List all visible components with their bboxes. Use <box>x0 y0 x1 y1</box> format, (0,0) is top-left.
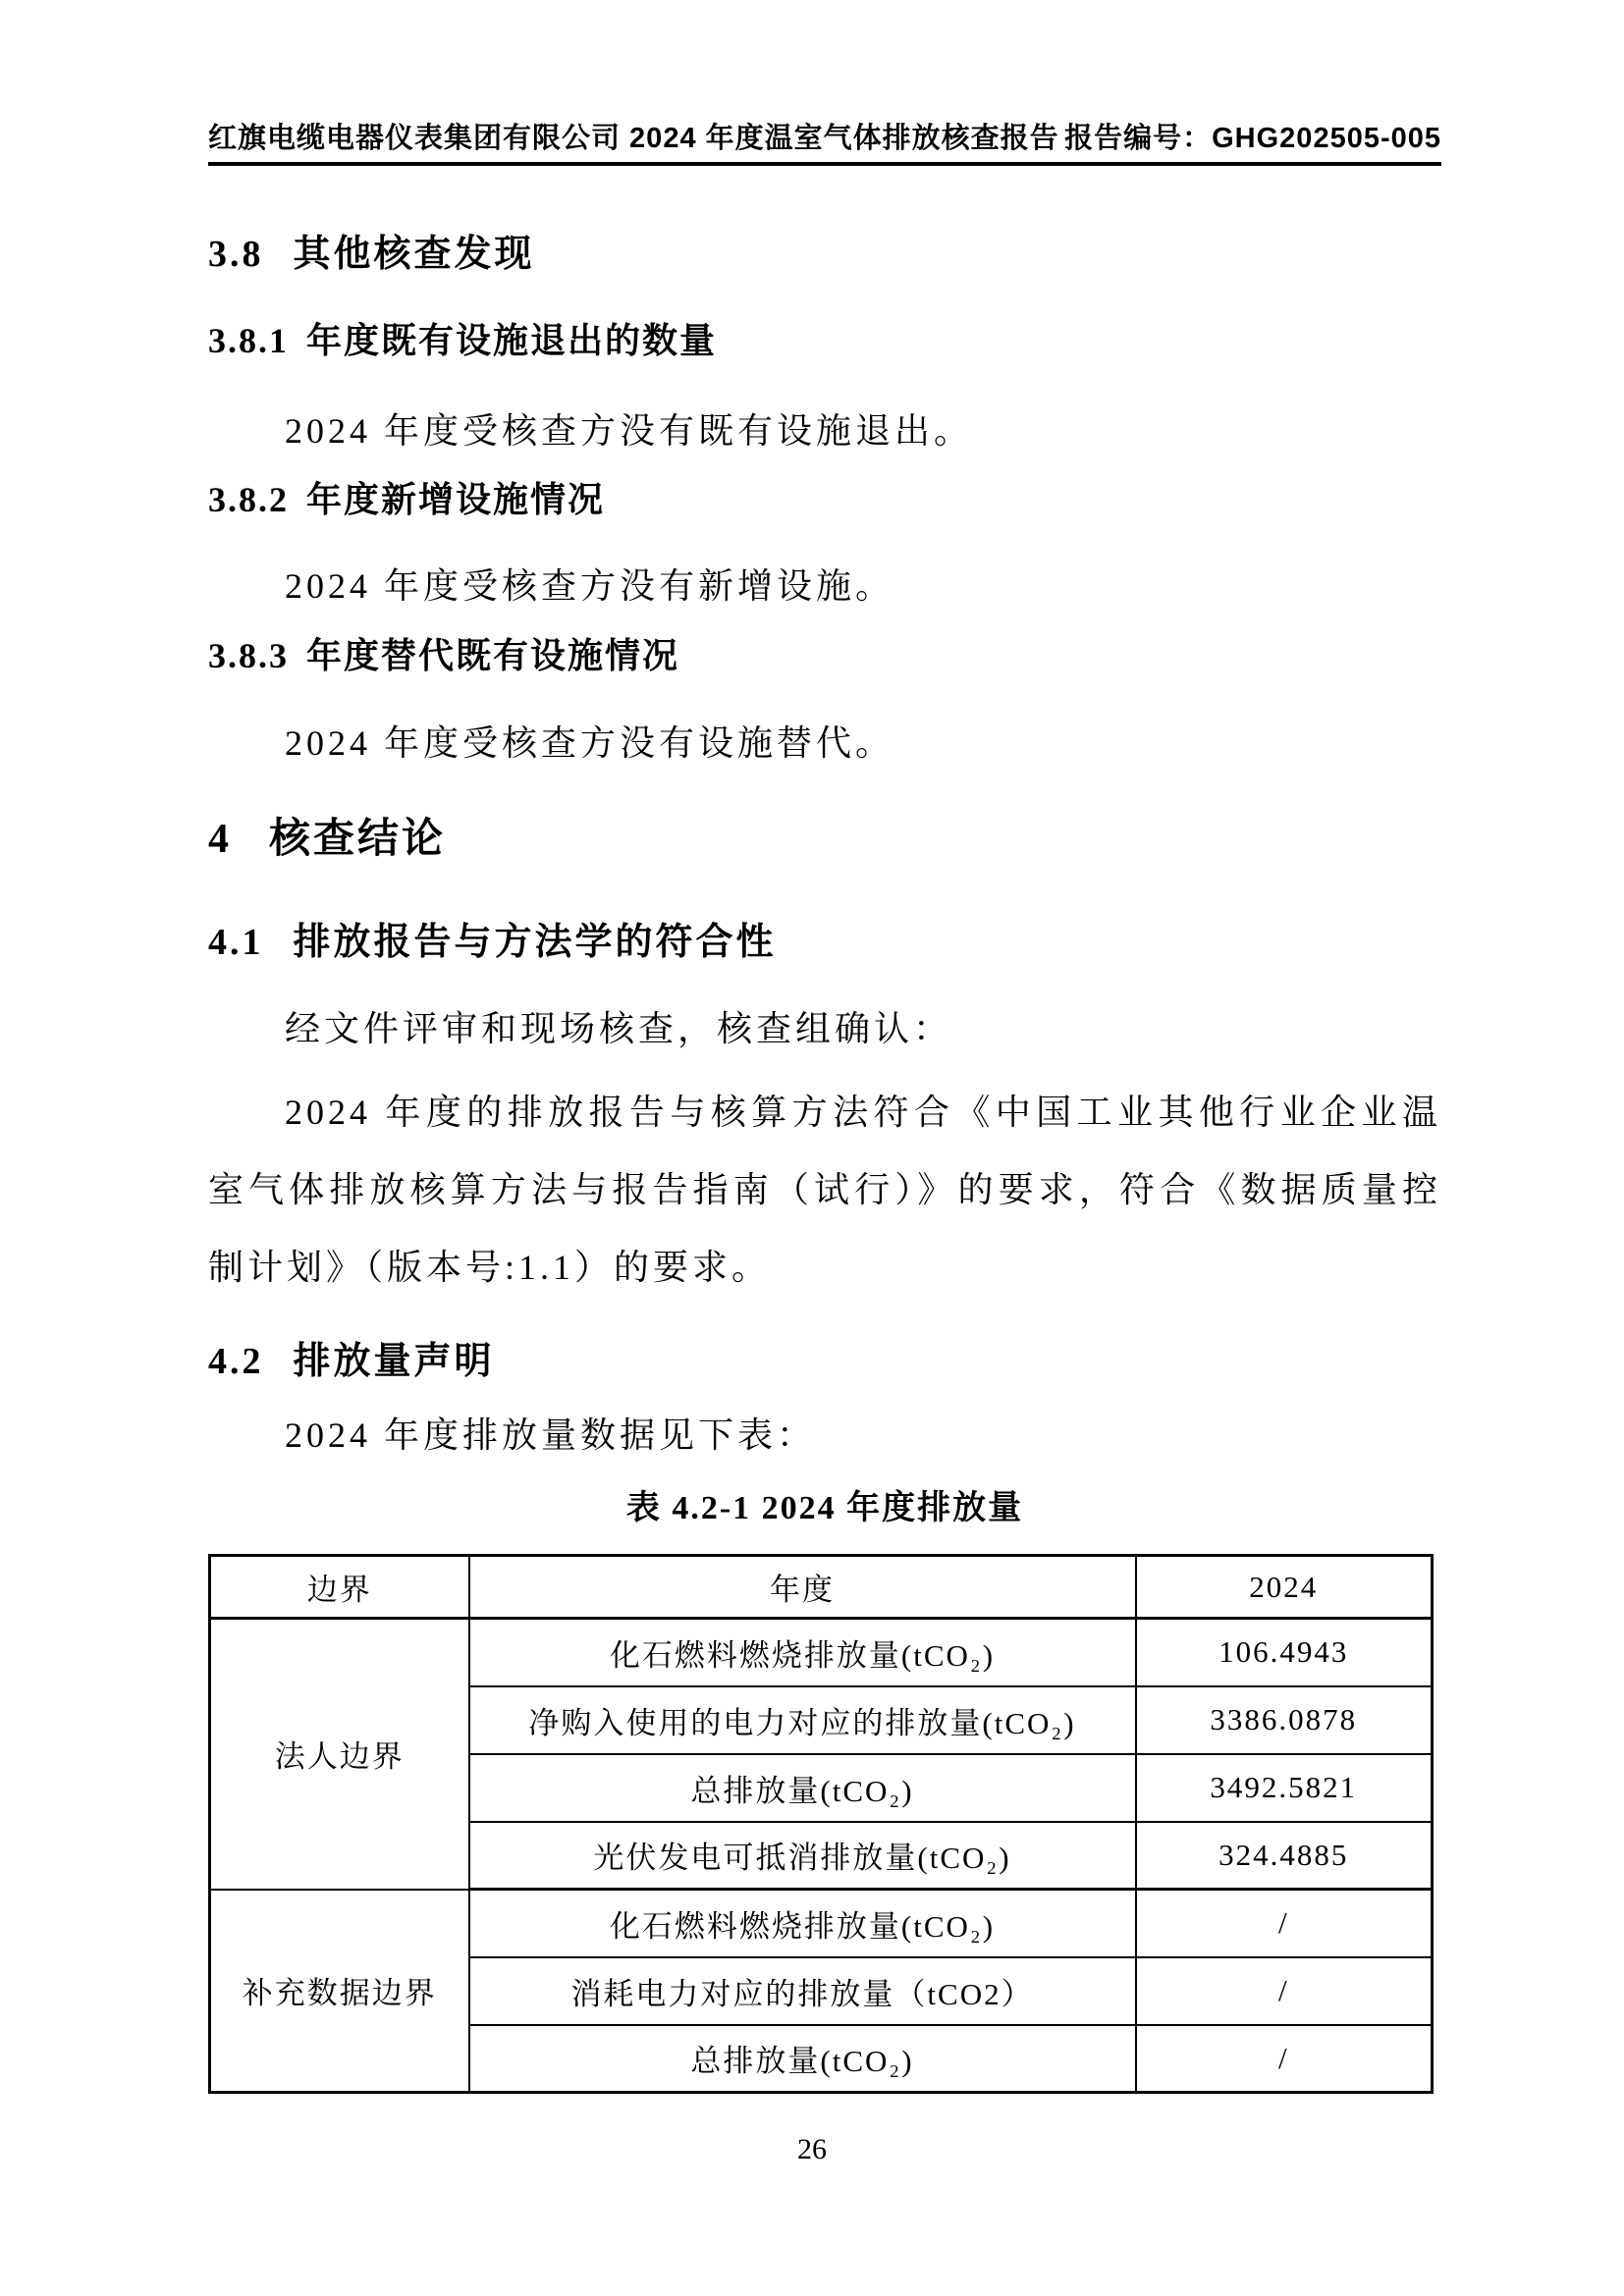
section-3-8-1-title: 年度既有设施退出的数量 <box>306 321 717 360</box>
table-header-row: 边界 年度 2024 <box>210 1556 1433 1619</box>
header-cell-boundary: 边界 <box>210 1556 469 1619</box>
section-4-1-number: 4.1 <box>208 917 264 968</box>
section-4-2-number: 4.2 <box>208 1336 264 1387</box>
header-report-number: 报告编号：GHG202505-005 <box>1064 116 1441 156</box>
section-3-8-1-heading: 3.8.1年度既有设施退出的数量 <box>208 317 1441 364</box>
header-title: 红旗电缆电器仪表集团有限公司 2024 年度温室气体排放核查报告 <box>208 116 1059 156</box>
emissions-table-body: 边界 年度 2024 法人边界 化石燃料燃烧排放量(tCO₂) 106.4943… <box>210 1556 1433 2093</box>
section-3-8-2-heading: 3.8.2年度新增设施情况 <box>208 476 1441 523</box>
cell-item: 总排放量(tCO₂) <box>469 2025 1136 2093</box>
paragraph-no-facility-exit: 2024 年度受核查方没有既有设施退出。 <box>208 407 1441 454</box>
page-header: 红旗电缆电器仪表集团有限公司 2024 年度温室气体排放核查报告 报告编号：GH… <box>208 0 1441 166</box>
section-3-8-2-title: 年度新增设施情况 <box>306 480 605 519</box>
header-cell-2024: 2024 <box>1136 1556 1433 1619</box>
section-4-title: 核查结论 <box>269 817 446 862</box>
section-4-2-heading: 4.2排放量声明 <box>208 1336 1441 1387</box>
cell-item: 化石燃料燃烧排放量(tCO₂) <box>469 1890 1136 1957</box>
section-4-heading: 4核查结论 <box>208 812 1441 867</box>
cell-value: / <box>1136 1890 1433 1957</box>
paragraph-no-new-facility: 2024 年度受核查方没有新增设施。 <box>208 562 1441 610</box>
cell-value: 106.4943 <box>1136 1619 1433 1686</box>
table-row: 法人边界 化石燃料燃烧排放量(tCO₂) 106.4943 <box>210 1619 1433 1686</box>
section-4-2-title: 排放量声明 <box>294 1341 495 1382</box>
paragraph-verification-confirmation: 经文件评审和现场核查，核查组确认： <box>208 1005 1441 1052</box>
section-3-8-3-number: 3.8.3 <box>208 632 289 679</box>
section-3-8-1-number: 3.8.1 <box>208 317 289 364</box>
section-3-8-title: 其他核查发现 <box>294 234 535 275</box>
table-row: 补充数据边界 化石燃料燃烧排放量(tCO₂) / <box>210 1890 1433 1957</box>
cell-boundary-supplementary: 补充数据边界 <box>210 1890 469 2093</box>
cell-item: 消耗电力对应的排放量（tCO2） <box>469 1957 1136 2025</box>
cell-value: / <box>1136 2025 1433 2093</box>
section-3-8-3-title: 年度替代既有设施情况 <box>306 636 679 675</box>
section-3-8-number: 3.8 <box>208 229 264 280</box>
header-cell-year: 年度 <box>469 1556 1136 1619</box>
paragraph-methodology-compliance: 2024 年度的排放报告与核算方法符合《中国工业其他行业企业温室气体排放核算方法… <box>208 1074 1441 1307</box>
paragraph-emission-data-intro: 2024 年度排放量数据见下表： <box>208 1412 1441 1459</box>
cell-item: 化石燃料燃烧排放量(tCO₂) <box>469 1619 1136 1686</box>
section-3-8-2-number: 3.8.2 <box>208 476 289 523</box>
section-3-8-3-heading: 3.8.3年度替代既有设施情况 <box>208 632 1441 679</box>
cell-item: 总排放量(tCO₂) <box>469 1754 1136 1822</box>
document-content: 3.8其他核查发现 3.8.1年度既有设施退出的数量 2024 年度受核查方没有… <box>208 229 1441 2094</box>
paragraph-no-facility-replacement: 2024 年度受核查方没有设施替代。 <box>208 720 1441 767</box>
document-page: 红旗电缆电器仪表集团有限公司 2024 年度温室气体排放核查报告 报告编号：GH… <box>0 0 1624 2296</box>
cell-value: / <box>1136 1957 1433 2025</box>
table-caption: 表 4.2-1 2024 年度排放量 <box>208 1486 1441 1531</box>
cell-value: 3386.0878 <box>1136 1686 1433 1754</box>
section-4-number: 4 <box>208 812 232 867</box>
emissions-table: 边界 年度 2024 法人边界 化石燃料燃烧排放量(tCO₂) 106.4943… <box>208 1554 1434 2094</box>
cell-boundary-legal: 法人边界 <box>210 1619 469 1890</box>
section-3-8-heading: 3.8其他核查发现 <box>208 229 1441 280</box>
cell-item: 净购入使用的电力对应的排放量(tCO₂) <box>469 1686 1136 1754</box>
section-4-1-heading: 4.1排放报告与方法学的符合性 <box>208 917 1441 968</box>
cell-item: 光伏发电可抵消排放量(tCO₂) <box>469 1822 1136 1890</box>
cell-value: 324.4885 <box>1136 1822 1433 1890</box>
cell-value: 3492.5821 <box>1136 1754 1433 1822</box>
section-4-1-title: 排放报告与方法学的符合性 <box>294 922 777 963</box>
page-number: 26 <box>0 2133 1624 2166</box>
